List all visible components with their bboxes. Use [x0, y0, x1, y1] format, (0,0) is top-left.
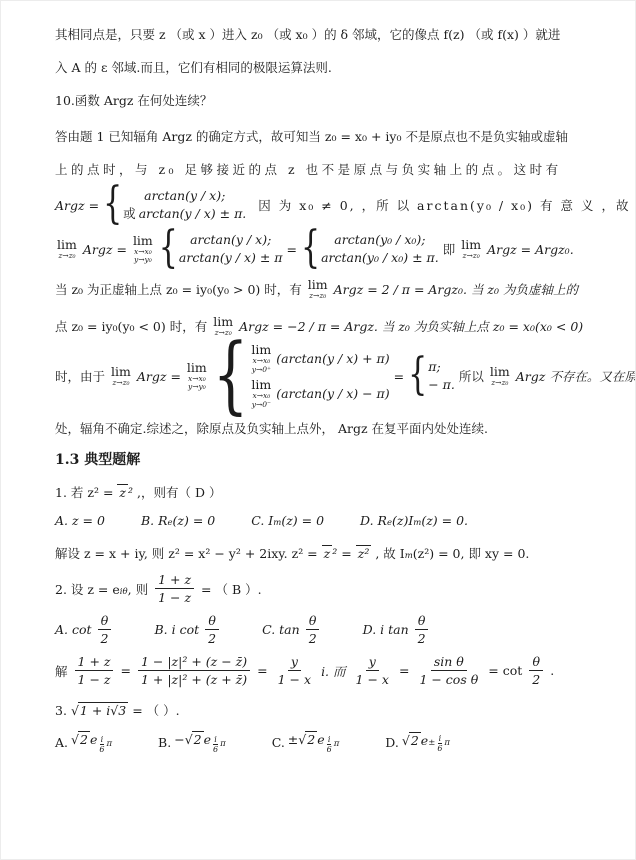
- left-brace: {: [103, 183, 122, 227]
- case-negative-imaginary-axis: 点 z₀ = iy₀(y₀ < 0) 时，有 lim z→z₀ Argz = −…: [55, 315, 605, 338]
- question-3-options: A. √2 e i6 π B. − √2 e: [55, 731, 605, 754]
- exponent: i6 π: [211, 735, 226, 754]
- lim-z-to-z0: lim z→z₀: [111, 365, 131, 388]
- lim-z-to-z0: lim z→z₀: [461, 238, 481, 261]
- equals-sign: =: [89, 198, 99, 213]
- question-2-solution: 解 1 + z1 − z = 1 − |z|² + (z − z̄)1 + |z…: [55, 654, 605, 687]
- question-2-stem: 2. 设 z = eiθ, 则 1 + z 1 − z = （ B ）.: [55, 572, 605, 605]
- cases-x0y0: { arctan(y₀ / x₀); arctan(y₀ / x₀) ± π.: [301, 232, 439, 266]
- sqrt-2: √2: [185, 731, 204, 747]
- option-c: C. Im(z) = 0: [251, 513, 324, 528]
- conclusion-line: 处，辐角不确定.综述之，除原点及负实轴上点外， Argz 在复平面内处处连续.: [55, 419, 605, 439]
- case-2: 或 arctan(y / x) ± π.: [123, 206, 246, 222]
- namely-text: 即: [443, 240, 456, 258]
- question-1-options: A. z = 0 B. Re(z) = 0 C. Im(z) = 0 D. Re…: [55, 513, 605, 528]
- option-c: C. ± √2 e i6 π: [272, 731, 340, 754]
- question-10-title: 10.函数 Argz 在何处连续？: [55, 91, 605, 111]
- fraction-1pz-1mz: 1 + z 1 − z: [155, 572, 194, 605]
- sqrt-2: √2: [71, 731, 90, 747]
- exponent: ± i6 π: [428, 734, 450, 753]
- formula-negative-real-axis-limit: 时，由于 lim z→z₀ Argz = lim x→x₀ y→y₀ { lim…: [55, 343, 605, 409]
- lim-z-to-z0: lim z→z₀: [490, 365, 510, 388]
- equals-sign: =: [116, 242, 126, 257]
- cases-pi-values: { π; − π.: [408, 359, 455, 393]
- option-d: D. √2 e ± i6 π: [385, 732, 450, 753]
- equals-sign: =: [287, 242, 297, 257]
- case-positive-imaginary-axis: 当 z₀ 为正虚轴上点 z₀ = iy₀(y₀ > 0) 时，有 lim z→z…: [55, 278, 605, 301]
- question-1-solution: 解设 z = x + iy, 则 z² = x² − y² + 2ixy. z²…: [55, 544, 605, 562]
- argz-symbol: Argz: [83, 242, 113, 257]
- formula-limit-chain: lim z→z₀ Argz = lim x→x₀ y→y₀ { arctan(y…: [55, 232, 605, 266]
- option-b: B. − √2 e i6 π: [158, 731, 226, 754]
- left-brace: {: [213, 334, 249, 418]
- exponent: i6 π: [325, 735, 340, 754]
- equals-sign: =: [394, 369, 404, 384]
- limit-result: Argz = Argz₀.: [487, 242, 574, 257]
- z-bar-squared: z ²: [322, 545, 338, 561]
- case-1: arctan(y / x);: [144, 188, 225, 204]
- option-b: B. i cot θ2: [154, 613, 222, 646]
- lim-xy: lim x→x₀ y→y₀: [133, 234, 153, 265]
- answer-line2: 上的点时，与 z₀ 足够接近的点 z 也不是原点与负实轴上的点。这时有: [55, 160, 605, 180]
- option-a: A. cot θ2: [55, 613, 114, 646]
- left-brace: {: [301, 227, 320, 271]
- answer-line1: 答由题 1 已知辐角 Argz 的确定方式，故可知当 z₀ = x₀ + iy₀…: [55, 127, 605, 147]
- section-heading-1-3: 1.3 典型题解: [55, 449, 605, 469]
- paragraph-similarity-line2: 入 A 的 ε 邻域.而且，它们有相同的极限运算法则.: [55, 58, 605, 78]
- question-1-stem: 1. 若 z² = z ² ,，则有（ D ）: [55, 483, 605, 501]
- sqrt-2: √2: [298, 731, 317, 747]
- lim-z-to-z0: lim z→z₀: [308, 278, 328, 301]
- option-c: C. tan θ2: [262, 613, 323, 646]
- sqrt-2: √2: [402, 732, 421, 748]
- formula-argz-definition: Argz = { arctan(y / x); 或 arctan(y / x) …: [55, 188, 605, 222]
- option-b: B. Re(z) = 0: [141, 513, 215, 528]
- paragraph-similarity-line1: 其相同点是，只要 z （或 x ）进入 z₀ （或 x₀ ）的 δ 邻域，它的像…: [55, 25, 605, 45]
- cases-xy: { arctan(y / x); arctan(y / x) ± π: [159, 232, 283, 266]
- page-content: 其相同点是，只要 z （或 x ）进入 z₀ （或 x₀ ）的 δ 邻域，它的像…: [1, 1, 635, 754]
- option-d: D. Re(z)Im(z) = 0.: [360, 513, 468, 528]
- document-page: 其相同点是，只要 z （或 x ）进入 z₀ （或 x₀ ）的 δ 邻域，它的像…: [0, 0, 636, 860]
- left-brace: {: [159, 227, 178, 271]
- sqrt-1-plus-i-sqrt3: √ 1 + i√3: [71, 702, 128, 718]
- z-squared-bar: z²: [356, 545, 372, 561]
- upper-one-sided-limit: lim x→x₀ y→0⁺ (arctan(y / x) + π): [249, 343, 389, 374]
- cases-argz: { arctan(y / x); 或 arctan(y / x) ± π.: [103, 188, 246, 222]
- argz-symbol: Argz: [55, 198, 85, 213]
- lower-one-sided-limit: lim x→x₀ y→0⁻ (arctan(y / x) − π): [249, 378, 389, 409]
- left-brace: {: [408, 354, 427, 398]
- option-a: A. √2 e i6 π: [55, 731, 112, 754]
- question-2-options: A. cot θ2 B. i cot θ2 C. tan θ2 D. i tan…: [55, 613, 605, 646]
- question-3-stem: 3. √ 1 + i√3 = （ ）.: [55, 701, 605, 719]
- option-a: A. z = 0: [55, 513, 105, 528]
- exponent: i6 π: [97, 735, 112, 754]
- lim-xy: lim x→x₀ y→y₀: [187, 361, 207, 392]
- reason-text: 因 为 x₀ ≠ 0, ，所 以 arctan(y₀ / x₀) 有 意 义 ，…: [258, 196, 630, 214]
- lim-z-to-z0: lim z→z₀: [57, 238, 77, 261]
- z-bar-squared: z ²: [117, 484, 133, 500]
- cases-one-sided-limits: { lim x→x₀ y→0⁺ (arctan(y / x) + π) lim: [213, 343, 390, 409]
- option-d: D. i tan θ2: [363, 613, 432, 646]
